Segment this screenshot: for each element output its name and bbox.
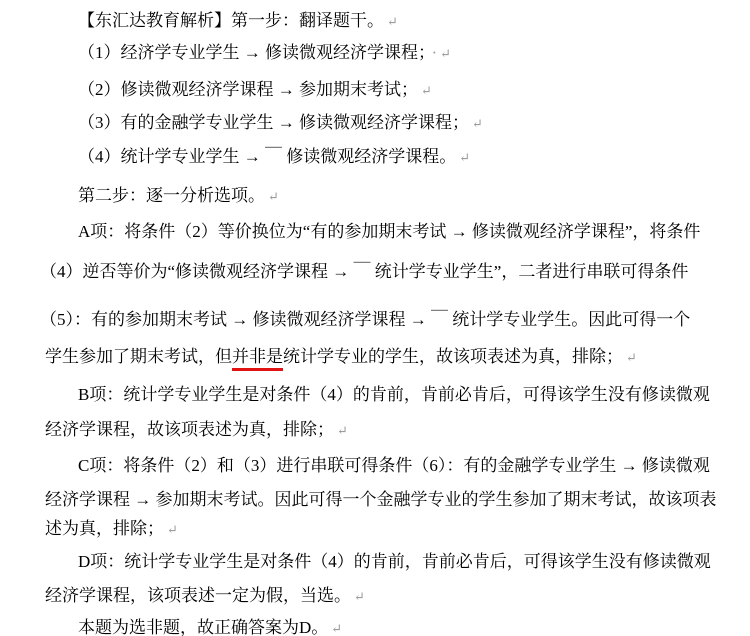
line-text: 学生参加了期末考试，但 (45, 347, 232, 366)
paragraph-mark-icon: ↵ (331, 621, 342, 636)
line-text: 本题为选非题，故正确答案为D。 (78, 618, 328, 636)
line-text: （1）经济学专业学生 → 修读微观经济学课程； (78, 43, 427, 62)
line-text: 经济学课程，故该项表述为真，排除； (45, 420, 334, 439)
line-text: 述为真，排除； (45, 519, 164, 538)
line-text: （4）统计学专业学生 → ￣ 修读微观经济学课程。 (78, 147, 456, 166)
line-text: 经济学课程 → 参加期末考试。因此可得一个金融学专业的学生参加了期末考试，故该项… (45, 490, 717, 509)
paragraph-mark-icon: ↵ (472, 116, 483, 131)
doc-line-option-d-1: D项：统计学专业学生是对条件（4）的肯前，肯前必肯后，可得该学生没有修读微观 (78, 551, 711, 572)
line-text: D项：统计学专业学生是对条件（4）的肯前，肯前必肯后，可得该学生没有修读微观 (78, 552, 711, 571)
space-mark-icon: · (432, 43, 438, 62)
line-text: （5）：有的参加期末考试 → 修读微观经济学课程 → ￣ 统计学专业学生。因此可… (40, 310, 690, 329)
doc-line-option-a-3: （5）：有的参加期末考试 → 修读微观经济学课程 → ￣ 统计学专业学生。因此可… (40, 309, 690, 330)
paragraph-mark-icon: ↵ (167, 522, 178, 537)
paragraph-mark-icon: ↵ (268, 189, 279, 204)
paragraph-mark-icon: ↵ (440, 46, 451, 61)
document-page: 【东汇达教育解析】第一步：翻译题干。↵ （1）经济学专业学生 → 修读微观经济学… (0, 0, 750, 636)
doc-line-option-b-1: B项：统计学专业学生是对条件（4）的肯前，肯前必肯后，可得该学生没有修读微观 (78, 384, 710, 405)
doc-line-condition-3: （3）有的金融学专业学生 → 修读微观经济学课程；↵ (78, 112, 483, 133)
paragraph-mark-icon: ↵ (421, 83, 432, 98)
paragraph-mark-icon: ↵ (337, 423, 348, 438)
doc-line-option-b-2: 经济学课程，故该项表述为真，排除；↵ (45, 419, 348, 440)
doc-line-option-d-2: 经济学课程，该项表述一定为假，当选。↵ (45, 585, 365, 606)
doc-line-analysis-header: 【东汇达教育解析】第一步：翻译题干。↵ (78, 10, 398, 31)
line-text: C项：将条件（2）和（3）进行串联可得条件（6）：有的金融学专业学生 → 修读微… (78, 456, 710, 475)
line-text: （4）逆否等价为“修读微观经济学课程 → ￣ 统计学专业学生”，二者进行串联可得… (40, 262, 688, 281)
doc-line-option-a-4: 学生参加了期末考试，但并非是统计学专业的学生，故该项表述为真，排除；↵ (45, 346, 637, 367)
doc-line-step2-header: 第二步：逐一分析选项。↵ (78, 185, 279, 206)
doc-line-final-answer: 本题为选非题，故正确答案为D。↵ (78, 617, 342, 636)
doc-line-option-c-1: C项：将条件（2）和（3）进行串联可得条件（6）：有的金融学专业学生 → 修读微… (78, 455, 710, 476)
line-text: A项：将条件（2）等价换位为“有的参加期末考试 → 修读微观经济学课程”，将条件 (78, 222, 700, 241)
paragraph-mark-icon: ↵ (387, 14, 398, 29)
line-text: 【东汇达教育解析】第一步：翻译题干。 (78, 11, 384, 30)
line-text: 统计学专业的学生，故该项表述为真，排除； (283, 347, 623, 366)
paragraph-mark-icon: ↵ (354, 589, 365, 604)
line-text: （3）有的金融学专业学生 → 修读微观经济学课程； (78, 113, 469, 132)
paragraph-mark-icon: ↵ (459, 150, 470, 165)
line-text: （2）修读微观经济学课程 → 参加期末考试； (78, 80, 418, 99)
red-underlined-text: 并非是 (232, 347, 283, 371)
doc-line-option-c-3: 述为真，排除；↵ (45, 518, 178, 539)
doc-line-option-a-2: （4）逆否等价为“修读微观经济学课程 → ￣ 统计学专业学生”，二者进行串联可得… (40, 261, 688, 282)
doc-line-option-c-2: 经济学课程 → 参加期末考试。因此可得一个金融学专业的学生参加了期末考试，故该项… (45, 489, 717, 510)
doc-line-condition-2: （2）修读微观经济学课程 → 参加期末考试；↵ (78, 79, 432, 100)
doc-line-option-a-1: A项：将条件（2）等价换位为“有的参加期末考试 → 修读微观经济学课程”，将条件 (78, 221, 700, 242)
doc-line-condition-4: （4）统计学专业学生 → ￣ 修读微观经济学课程。↵ (78, 146, 470, 167)
line-text: 第二步：逐一分析选项。 (78, 186, 265, 205)
doc-line-condition-1: （1）经济学专业学生 → 修读微观经济学课程；·↵ (78, 42, 451, 63)
paragraph-mark-icon: ↵ (626, 350, 637, 365)
line-text: B项：统计学专业学生是对条件（4）的肯前，肯前必肯后，可得该学生没有修读微观 (78, 385, 710, 404)
line-text: 经济学课程，该项表述一定为假，当选。 (45, 586, 351, 605)
